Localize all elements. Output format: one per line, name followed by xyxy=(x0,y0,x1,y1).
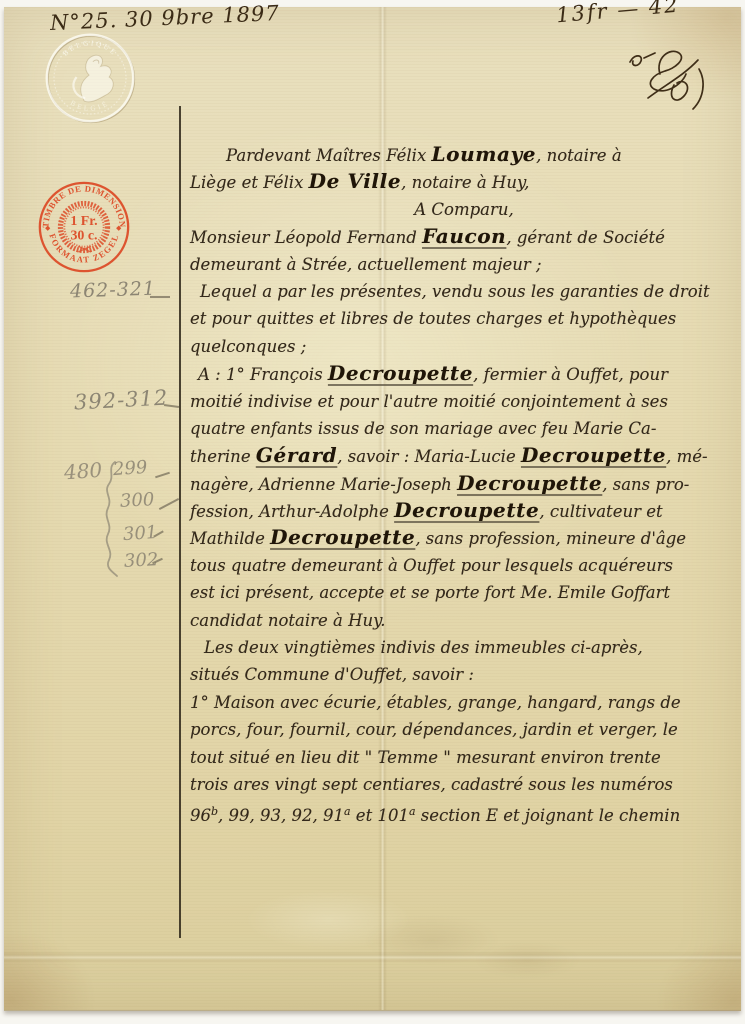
text-run: , sans pro- xyxy=(602,475,689,494)
document-text: Pardevant Maîtres Félix Loumaye, notaire… xyxy=(190,141,738,826)
text-run: quatre enfants issus de son mariage avec… xyxy=(190,419,656,438)
text-run: , gérant de Société xyxy=(506,228,665,247)
fold-crease-horizontal xyxy=(4,951,741,963)
text-run: section E et joignant le chemin xyxy=(416,806,681,825)
document-line: quelconques ; xyxy=(190,333,738,360)
text-run: fession, Arthur-Adolphe xyxy=(190,502,394,521)
document-line: A Comparu, xyxy=(190,196,738,223)
stamp-value-top: 1 Fr. xyxy=(70,214,97,229)
document-scan: BELGIQUE BELGIË N°25. 30 9bre 1897 13fr … xyxy=(0,0,745,1024)
text-run: A : 1° François xyxy=(198,365,328,384)
text-run: Mathilde xyxy=(190,529,270,548)
document-line: Lequel a par les présentes, vendu sous l… xyxy=(190,278,738,305)
document-line: nagère, Adrienne Marie-Joseph Decroupett… xyxy=(190,470,738,497)
document-line: moitié indivise et pour l'autre moitié c… xyxy=(190,388,738,415)
text-run: tous quatre demeurant à Ouffet pour lesq… xyxy=(190,556,673,575)
margin-note-parcels-1: 462-321 xyxy=(70,278,157,303)
document-line: situés Commune d'Ouffet, savoir : xyxy=(190,661,738,688)
stamp-value-bottom: 30 c. xyxy=(70,228,97,243)
document-line: Mathilde Decroupette, sans profession, m… xyxy=(190,524,738,551)
person-name: Decroupette xyxy=(270,525,415,549)
person-name: Decroupette xyxy=(394,498,539,522)
text-run: Lequel a par les présentes, vendu sous l… xyxy=(200,282,710,301)
person-name: Loumaye xyxy=(432,142,537,166)
lion-rampant-icon xyxy=(73,55,113,102)
document-line: fession, Arthur-Adolphe Decroupette, cul… xyxy=(190,497,738,524)
text-run: situés Commune d'Ouffet, savoir : xyxy=(190,665,474,684)
text-run: trois ares vingt sept centiares, cadastr… xyxy=(190,775,673,794)
text-run: 1° Maison avec écurie, étables, grange, … xyxy=(190,693,681,712)
text-run: moitié indivise et pour l'autre moitié c… xyxy=(190,392,668,411)
document-line: 96b, 99, 93, 92, 91a et 101a section E e… xyxy=(190,798,738,825)
margin-note-parcel: 301 xyxy=(122,522,158,545)
document-line: therine Gérard, savoir : Maria-Lucie Dec… xyxy=(190,442,738,469)
notary-paraph xyxy=(622,38,714,120)
text-run: demeurant à Strée, actuellement majeur ; xyxy=(190,255,542,274)
document-line: A : 1° François Decroupette, fermier à O… xyxy=(190,360,738,387)
text-run: porcs, four, fournil, cour, dépendances,… xyxy=(190,720,678,739)
text-run: est ici présent, accepte et se porte for… xyxy=(190,583,670,602)
text-run: , 99, 93, 92, 91 xyxy=(218,806,344,825)
text-run: et pour quittes et libres de toutes char… xyxy=(190,309,676,328)
document-line: candidat notaire à Huy. xyxy=(190,607,738,634)
text-run: Monsieur Léopold Fernand xyxy=(190,228,422,247)
person-name: Gérard xyxy=(256,443,337,467)
text-run: , notaire à xyxy=(536,146,622,165)
person-name: Faucon xyxy=(422,224,506,248)
margin-note-parcel: 299 xyxy=(112,457,148,480)
margin-note-group-total: 480 xyxy=(63,458,103,485)
text-run: A Comparu, xyxy=(414,200,514,219)
document-line: 1° Maison avec écurie, étables, grange, … xyxy=(190,689,738,716)
text-run: 96 xyxy=(190,806,211,825)
document-line: et pour quittes et libres de toutes char… xyxy=(190,305,738,332)
text-run: tout situé en lieu dit " Temme " mesuran… xyxy=(190,748,661,767)
text-run: et 101 xyxy=(351,806,409,825)
margin-note-parcels-2: 392-312 xyxy=(73,386,168,415)
stamp-diamond-right-icon: ◆ xyxy=(116,224,122,232)
person-name: Decroupette xyxy=(328,361,473,385)
person-name: Decroupette xyxy=(521,443,666,467)
text-run: , cultivateur et xyxy=(539,502,662,521)
margin-note-parcel: 300 xyxy=(119,489,154,512)
embossed-seal: BELGIQUE BELGIË xyxy=(42,30,138,126)
text-run: , mé- xyxy=(666,447,707,466)
document-line: quatre enfants issus de son mariage avec… xyxy=(190,415,738,442)
text-run: , savoir : Maria-Lucie xyxy=(337,447,521,466)
document-line: trois ares vingt sept centiares, cadastr… xyxy=(190,771,738,798)
revenue-stamp: TIMBRE DE DIMENSION FORMAAT ZEGEL ◆ ◆ 1 … xyxy=(36,179,132,275)
text-run: nagère, Adrienne Marie-Joseph xyxy=(190,475,457,494)
text-run: Liège et Félix xyxy=(190,173,309,192)
text-run: candidat notaire à Huy. xyxy=(190,611,386,630)
text-run: , fermier à Ouffet, pour xyxy=(473,365,668,384)
document-line: Liège et Félix De Ville, notaire à Huy, xyxy=(190,168,738,195)
document-line: tout situé en lieu dit " Temme " mesuran… xyxy=(190,744,738,771)
stamp-diamond-left-icon: ◆ xyxy=(45,224,51,232)
document-line: demeurant à Strée, actuellement majeur ; xyxy=(190,251,738,278)
person-name: Decroupette xyxy=(457,471,602,495)
text-run: Les deux vingtièmes indivis des immeuble… xyxy=(204,638,643,657)
text-run: Pardevant Maîtres Félix xyxy=(226,146,432,165)
superscript: b xyxy=(211,805,218,818)
document-line: est ici présent, accepte et se porte for… xyxy=(190,579,738,606)
document-line: tous quatre demeurant à Ouffet pour lesq… xyxy=(190,552,738,579)
text-run: therine xyxy=(190,447,256,466)
document-line: porcs, four, fournil, cour, dépendances,… xyxy=(190,716,738,743)
person-name: De Ville xyxy=(309,169,402,193)
text-run: , sans profession, mineure d'âge xyxy=(415,529,686,548)
text-run: , notaire à Huy, xyxy=(401,173,529,192)
margin-rule xyxy=(179,106,181,938)
text-run: quelconques ; xyxy=(190,337,306,356)
document-line: Monsieur Léopold Fernand Faucon, gérant … xyxy=(190,223,738,250)
pencil-dash xyxy=(150,296,170,298)
document-line: Pardevant Maîtres Félix Loumaye, notaire… xyxy=(190,141,738,168)
document-line: Les deux vingtièmes indivis des immeuble… xyxy=(190,634,738,661)
